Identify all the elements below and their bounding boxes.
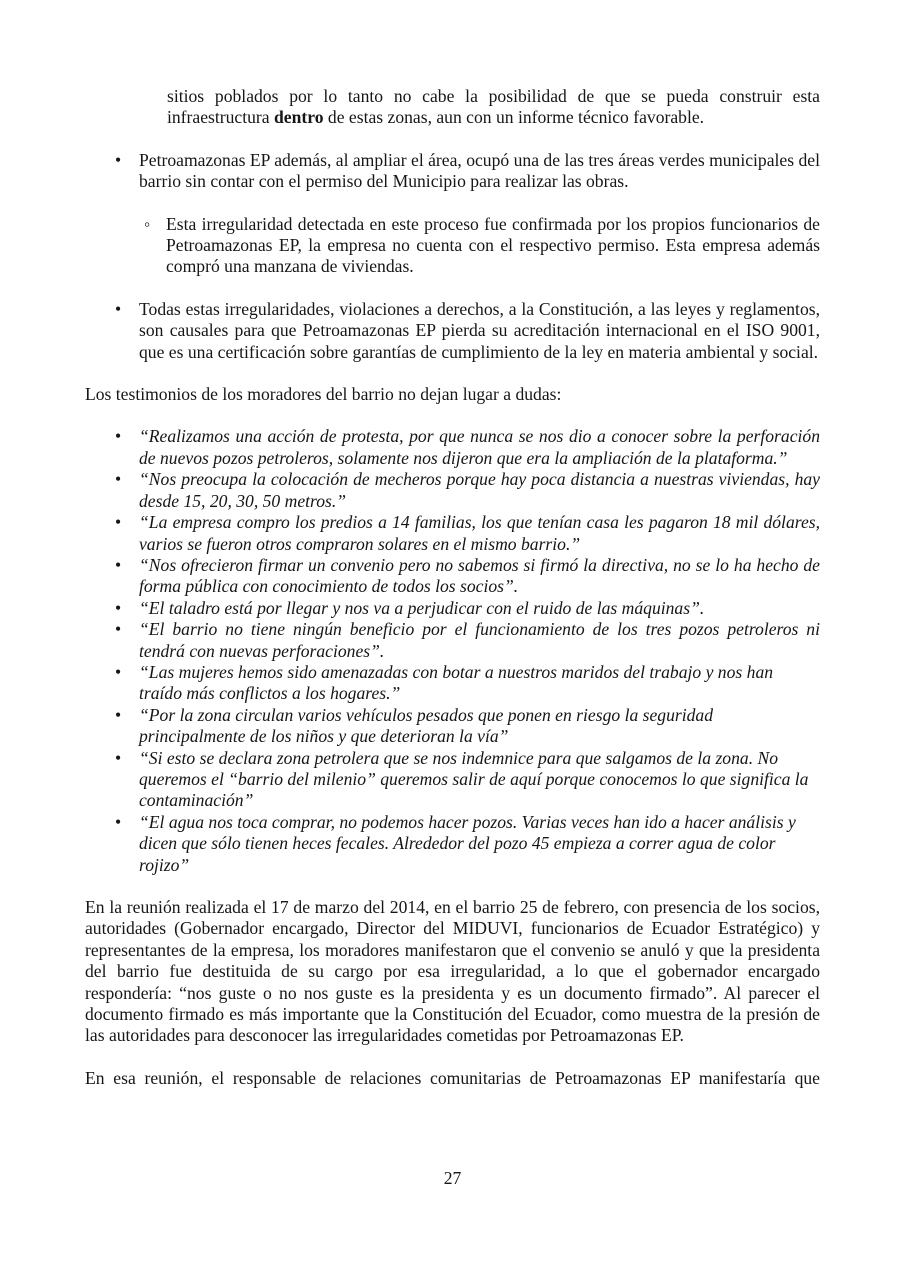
bullet-icon: •: [115, 469, 121, 490]
bullet-icon: •: [115, 662, 121, 683]
paragraph-continuation: sitios poblados por lo tanto no cabe la …: [167, 86, 820, 129]
bullet-icon: •: [115, 705, 121, 726]
subbullet-item-text: Esta irregularidad detectada en este pro…: [166, 214, 820, 277]
document-page: sitios poblados por lo tanto no cabe la …: [85, 86, 820, 1110]
testimonio-text: “Si esto se declara zona petrolera que s…: [139, 748, 808, 811]
testimonio-text: “Realizamos una acción de protesta, por …: [139, 426, 820, 467]
closing-paragraph-responsable: En esa reunión, el responsable de relaci…: [85, 1068, 820, 1089]
testimonio-text: “El barrio no tiene ningún beneficio por…: [139, 619, 820, 660]
continuation-text-bold: dentro: [274, 107, 324, 127]
testimonio-text: “Nos preocupa la colocación de mecheros …: [139, 469, 820, 510]
bullet-item-irregularidades: •Todas estas irregularidades, violacione…: [85, 299, 820, 363]
testimonio-text: “El taladro está por llegar y nos va a p…: [139, 598, 704, 618]
testimonio-item: •“La empresa compro los predios a 14 fam…: [85, 512, 820, 555]
testimonios-list: •“Realizamos una acción de protesta, por…: [85, 426, 820, 876]
testimonio-item: •“Por la zona circulan varios vehículos …: [85, 705, 820, 748]
testimonio-text: “Por la zona circulan varios vehículos p…: [139, 705, 713, 746]
testimonio-text: “Nos ofrecieron firmar un convenio pero …: [139, 555, 820, 596]
bullet-icon: •: [115, 555, 121, 576]
bullet-icon: •: [115, 812, 121, 833]
bullet-item-text: Petroamazonas EP además, al ampliar el á…: [139, 150, 820, 191]
testimonio-item: •“Si esto se declara zona petrolera que …: [85, 748, 820, 812]
testimonio-item: •“El agua nos toca comprar, no podemos h…: [85, 812, 820, 876]
bullet-item-petroamazonas: •Petroamazonas EP además, al ampliar el …: [85, 150, 820, 193]
irregularities-list: •Petroamazonas EP además, al ampliar el …: [85, 150, 820, 363]
testimonio-text: “La empresa compro los predios a 14 fami…: [139, 512, 820, 553]
bullet-icon: •: [115, 619, 121, 640]
sub-bullet-icon: ◦: [144, 214, 150, 235]
testimonio-text: “El agua nos toca comprar, no podemos ha…: [139, 812, 796, 875]
bullet-icon: •: [115, 512, 121, 533]
testimonios-heading: Los testimonios de los moradores del bar…: [85, 384, 820, 405]
testimonio-item: •“Las mujeres hemos sido amenazadas con …: [85, 662, 820, 705]
testimonio-item: •“Nos ofrecieron firmar un convenio pero…: [85, 555, 820, 598]
continuation-text-after: de estas zonas, aun con un informe técni…: [324, 107, 705, 127]
bullet-icon: •: [115, 598, 121, 619]
bullet-icon: •: [115, 299, 121, 320]
bullet-icon: •: [115, 426, 121, 447]
testimonio-item: •“El barrio no tiene ningún beneficio po…: [85, 619, 820, 662]
testimonio-item: •“El taladro está por llegar y nos va a …: [85, 598, 820, 619]
bullet-icon: •: [115, 748, 121, 769]
bullet-icon: •: [115, 150, 121, 171]
page-number: 27: [0, 1168, 905, 1189]
testimonio-item: •“Nos preocupa la colocación de mecheros…: [85, 469, 820, 512]
testimonio-text: “Las mujeres hemos sido amenazadas con b…: [139, 662, 773, 703]
bullet-item-text: Todas estas irregularidades, violaciones…: [139, 299, 820, 362]
closing-paragraph-reunion: En la reunión realizada el 17 de marzo d…: [85, 897, 820, 1047]
subbullet-item-confirmacion: ◦Esta irregularidad detectada en este pr…: [85, 214, 820, 278]
testimonio-item: •“Realizamos una acción de protesta, por…: [85, 426, 820, 469]
